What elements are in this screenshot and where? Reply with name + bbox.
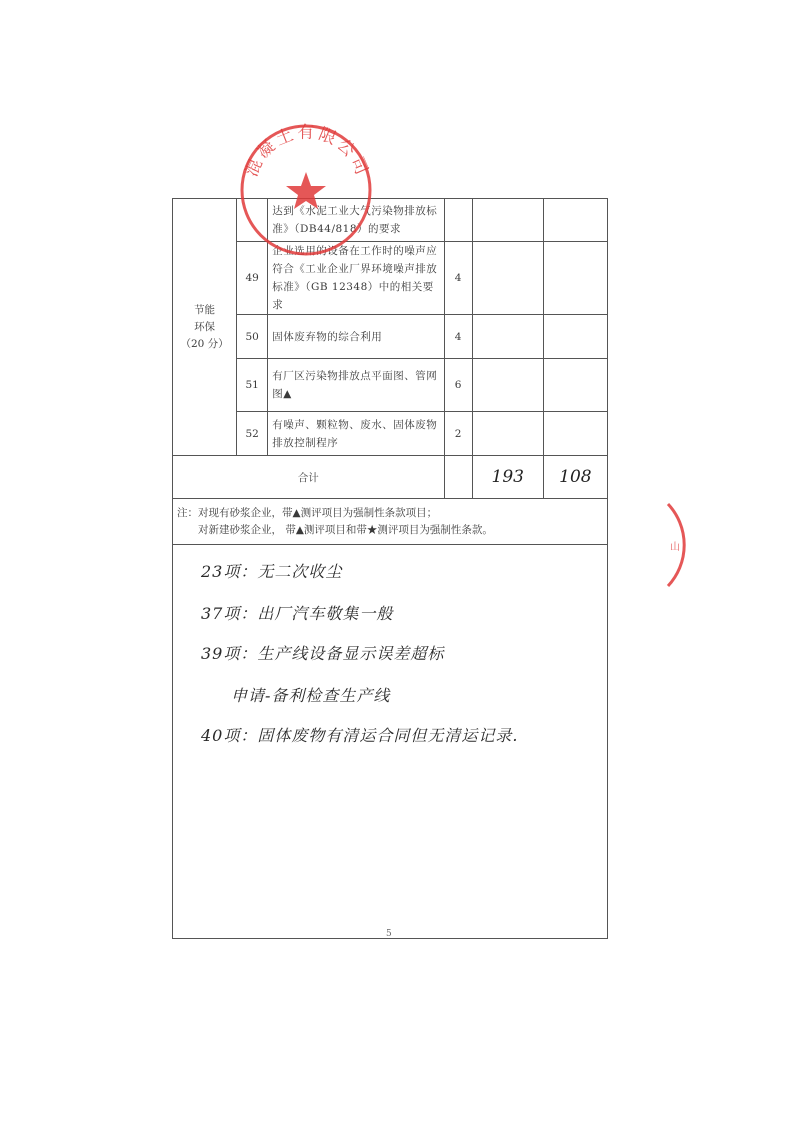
item-col-a (472, 242, 543, 315)
category-points: （20 分） (173, 336, 236, 353)
total-col-b: 108 (543, 456, 607, 499)
category-cell: 节能 环保 （20 分） (173, 199, 237, 456)
handwritten-note: 37项：出厂汽车敬集一般 (201, 601, 393, 624)
item-col-a (472, 359, 543, 412)
document-page: 节能 环保 （20 分） 达到《水泥工业大气污染物排放标准》（DB44/818）… (0, 0, 800, 1131)
item-description: 企业选用的设备在工作时的噪声应符合《工业企业厂界环境噪声排放标准》（GB 123… (268, 242, 444, 315)
category-line: 环保 (173, 319, 236, 336)
evaluation-table: 节能 环保 （20 分） 达到《水泥工业大气污染物排放标准》（DB44/818）… (172, 198, 608, 939)
item-col-a (472, 315, 543, 359)
item-score: 4 (444, 315, 472, 359)
total-label: 合计 (173, 456, 445, 499)
item-col-b (543, 412, 607, 456)
table-row: 50 固体废弃物的综合利用 4 (173, 315, 608, 359)
table-row: 51 有厂区污染物排放点平面图、管网图▲ 6 (173, 359, 608, 412)
handwritten-note: 23项：无二次收尘 (201, 559, 342, 582)
item-score: 6 (444, 359, 472, 412)
item-col-b (543, 315, 607, 359)
note-line: 对新建砂浆企业， 带▲测评项目和带★测评项目为强制性条款。 (177, 522, 603, 539)
item-col-a (472, 199, 543, 242)
handwritten-note: 40项：固体废物有清运合同但无清运记录. (201, 723, 518, 746)
item-description: 有噪声、颗粒物、废水、固体废物排放控制程序 (268, 412, 444, 456)
item-col-b (543, 242, 607, 315)
item-score: 2 (444, 412, 472, 456)
category-line: 节能 (173, 302, 236, 319)
partial-seal-icon: 山 (660, 500, 700, 590)
item-score: 4 (444, 242, 472, 315)
note-cell: 注：对现有砂浆企业，带▲测评项目为强制性条款项目； 对新建砂浆企业， 带▲测评项… (173, 499, 608, 545)
item-description: 固体废弃物的综合利用 (268, 315, 444, 359)
table-row: 49 企业选用的设备在工作时的噪声应符合《工业企业厂界环境噪声排放标准》（GB … (173, 242, 608, 315)
item-col-b (543, 199, 607, 242)
note-row: 注：对现有砂浆企业，带▲测评项目为强制性条款项目； 对新建砂浆企业， 带▲测评项… (173, 499, 608, 545)
seal-text: 混凝土有限公司 (242, 123, 373, 181)
handwritten-note: 申请-备利检查生产线 (231, 683, 390, 706)
item-score (444, 199, 472, 242)
item-number: 51 (237, 359, 268, 412)
item-number: 52 (237, 412, 268, 456)
item-description: 达到《水泥工业大气污染物排放标准》（DB44/818）的要求 (268, 199, 444, 242)
item-number: 50 (237, 315, 268, 359)
note-line: 注：对现有砂浆企业，带▲测评项目为强制性条款项目； (177, 505, 603, 522)
handwritten-note: 39项：生产线设备显示误差超标 (201, 641, 444, 664)
handwritten-notes-area: 23项：无二次收尘 37项：出厂汽车敬集一般 39项：生产线设备显示误差超标 申… (173, 545, 608, 939)
svg-text:混凝土有限公司: 混凝土有限公司 (242, 123, 373, 181)
total-col-a: 193 (472, 456, 543, 499)
item-col-b (543, 359, 607, 412)
table-row: 52 有噪声、颗粒物、废水、固体废物排放控制程序 2 (173, 412, 608, 456)
item-number: 49 (237, 242, 268, 315)
table-row: 节能 环保 （20 分） 达到《水泥工业大气污染物排放标准》（DB44/818）… (173, 199, 608, 242)
total-score (444, 456, 472, 499)
item-description: 有厂区污染物排放点平面图、管网图▲ (268, 359, 444, 412)
item-number (237, 199, 268, 242)
item-col-a (472, 412, 543, 456)
page-number: 5 (386, 929, 392, 939)
handwriting-row: 23项：无二次收尘 37项：出厂汽车敬集一般 39项：生产线设备显示误差超标 申… (173, 545, 608, 939)
total-row: 合计 193 108 (173, 456, 608, 499)
svg-text:山: 山 (670, 540, 680, 553)
